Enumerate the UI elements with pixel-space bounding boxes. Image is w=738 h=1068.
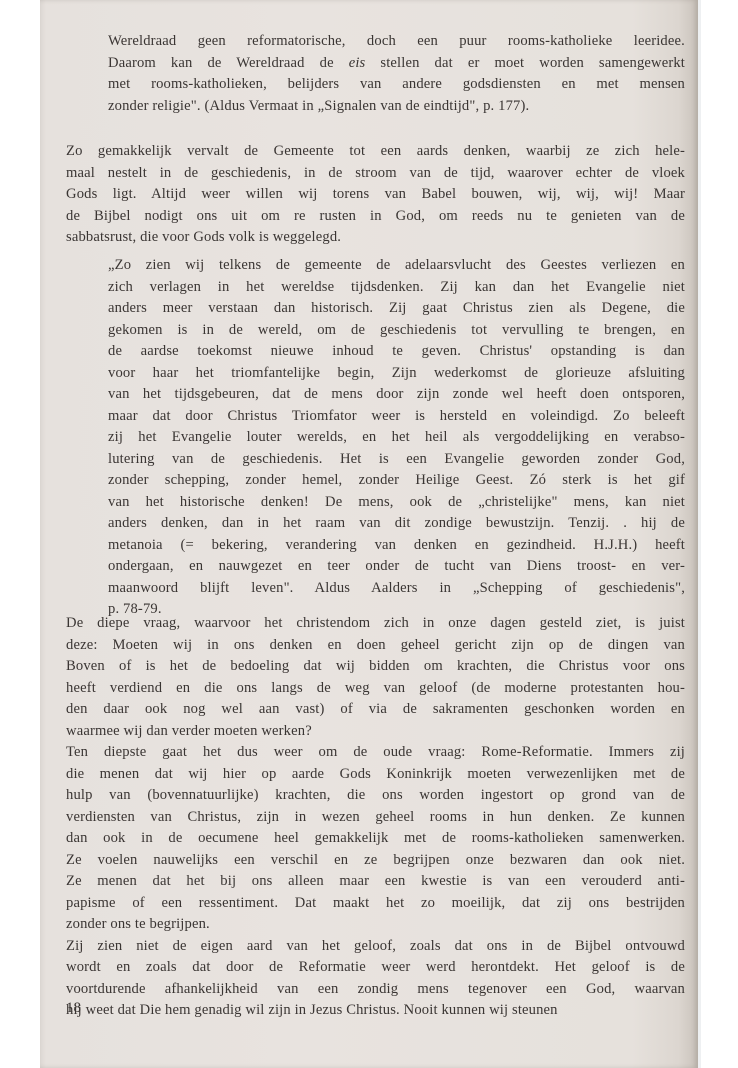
text-line: van het historische denken! De mens, ook… bbox=[108, 492, 685, 514]
paragraph-aards-denken: Zo gemakkelijk vervalt de Gemeente tot e… bbox=[66, 141, 685, 249]
text-line: voor haar het triomfantelijke begin, Zij… bbox=[108, 363, 685, 385]
text-line: zich verlagen in het wereldse tijdsdenke… bbox=[108, 277, 685, 299]
text-line: verdiensten van Christus, zijn in wezen … bbox=[66, 807, 685, 829]
text-line: van het tijdsgebeuren, dat de mens door … bbox=[108, 384, 685, 406]
text-line: die menen dat wij hier op aarde Gods Kon… bbox=[66, 764, 685, 786]
text-line: gekomen is in de wereld, om de geschiede… bbox=[108, 320, 685, 342]
text-line: ondergaan, en nauwgezet en teer onder de… bbox=[108, 556, 685, 578]
quote-vermaat: Wereldraad geen reformatorische, doch ee… bbox=[108, 31, 685, 117]
text-line: de aardse toekomst nieuwe inhoud te geve… bbox=[108, 341, 685, 363]
text-line: Ten diepste gaat het dus weer om de oude… bbox=[66, 742, 685, 764]
text-line: hij weet dat Die hem genadig wil zijn in… bbox=[66, 1000, 685, 1022]
quote-aalders: „Zo zien wij telkens de gemeente de adel… bbox=[108, 255, 685, 621]
text-line: voortdurende afhankelijkheid van een zon… bbox=[66, 979, 685, 1001]
text-line: Boven of is het de bedoeling dat wij bid… bbox=[66, 656, 685, 678]
text-line: De diepe vraag, waarvoor het christendom… bbox=[66, 613, 685, 635]
text-line: Daarom kan de Wereldraad de eis stellen … bbox=[108, 53, 685, 75]
text-line: maanwoord blijft leven". Aldus Aalders i… bbox=[108, 578, 685, 600]
text-line: waarmee wij dan verder moeten werken? bbox=[66, 721, 685, 743]
page-number: 18 bbox=[66, 1000, 81, 1017]
text-line: zij het Evangelie louter werelds, en het… bbox=[108, 427, 685, 449]
text-line: Zo gemakkelijk vervalt de Gemeente tot e… bbox=[66, 141, 685, 163]
text-line: de Bijbel nodigt ons uit om re rusten in… bbox=[66, 206, 685, 228]
text-line: wordt en zoals dat door de Reformatie we… bbox=[66, 957, 685, 979]
text-line: den daar ook nog wel aan vast) of via de… bbox=[66, 699, 685, 721]
text-line: Ze menen dat het bij ons alleen maar een… bbox=[66, 871, 685, 893]
text-line: papisme of een ressentiment. Dat maakt h… bbox=[66, 893, 685, 915]
text-line: Wereldraad geen reformatorische, doch ee… bbox=[108, 31, 685, 53]
text-line: met rooms-katholieken, belijders van and… bbox=[108, 74, 685, 96]
text-line: metanoia (= bekering, verandering van de… bbox=[108, 535, 685, 557]
text-line: zonder ons te begrijpen. bbox=[66, 914, 685, 936]
text-line: anders denken, dan in het raam van dit z… bbox=[108, 513, 685, 535]
text-line: maal nestelt in de geschiedenis, in de s… bbox=[66, 163, 685, 185]
text-line: hulp van (bovennatuurlijke) krachten, di… bbox=[66, 785, 685, 807]
text-line: dan ook in de oecumene heel gemakkelijk … bbox=[66, 828, 685, 850]
paragraph-diepe-vraag: De diepe vraag, waarvoor het christendom… bbox=[66, 613, 685, 1022]
text-line: Ze voelen nauwelijks een verschil en ze … bbox=[66, 850, 685, 872]
text-line: deze: Moeten wij in ons denken en doen g… bbox=[66, 635, 685, 657]
text-line: anders meer verstaan dan historisch. Zij… bbox=[108, 298, 685, 320]
text-line: „Zo zien wij telkens de gemeente de adel… bbox=[108, 255, 685, 277]
text-line: maar dat door Christus Triomfator weer i… bbox=[108, 406, 685, 428]
text-line: Gods ligt. Altijd weer willen wij torens… bbox=[66, 184, 685, 206]
text-line: heeft verdiend en die ons langs de weg v… bbox=[66, 678, 685, 700]
page-edge bbox=[698, 0, 701, 1068]
text-line: zonder religie". (Aldus Vermaat in „Sign… bbox=[108, 96, 685, 118]
text-line: lutering van de geschiedenis. Het is een… bbox=[108, 449, 685, 471]
text-line: sabbatsrust, die voor Gods volk is wegge… bbox=[66, 227, 685, 249]
text-line: Zij zien niet de eigen aard van het gelo… bbox=[66, 936, 685, 958]
text-line: zonder schepping, zonder hemel, zonder H… bbox=[108, 470, 685, 492]
italic-word: eis bbox=[349, 55, 366, 71]
